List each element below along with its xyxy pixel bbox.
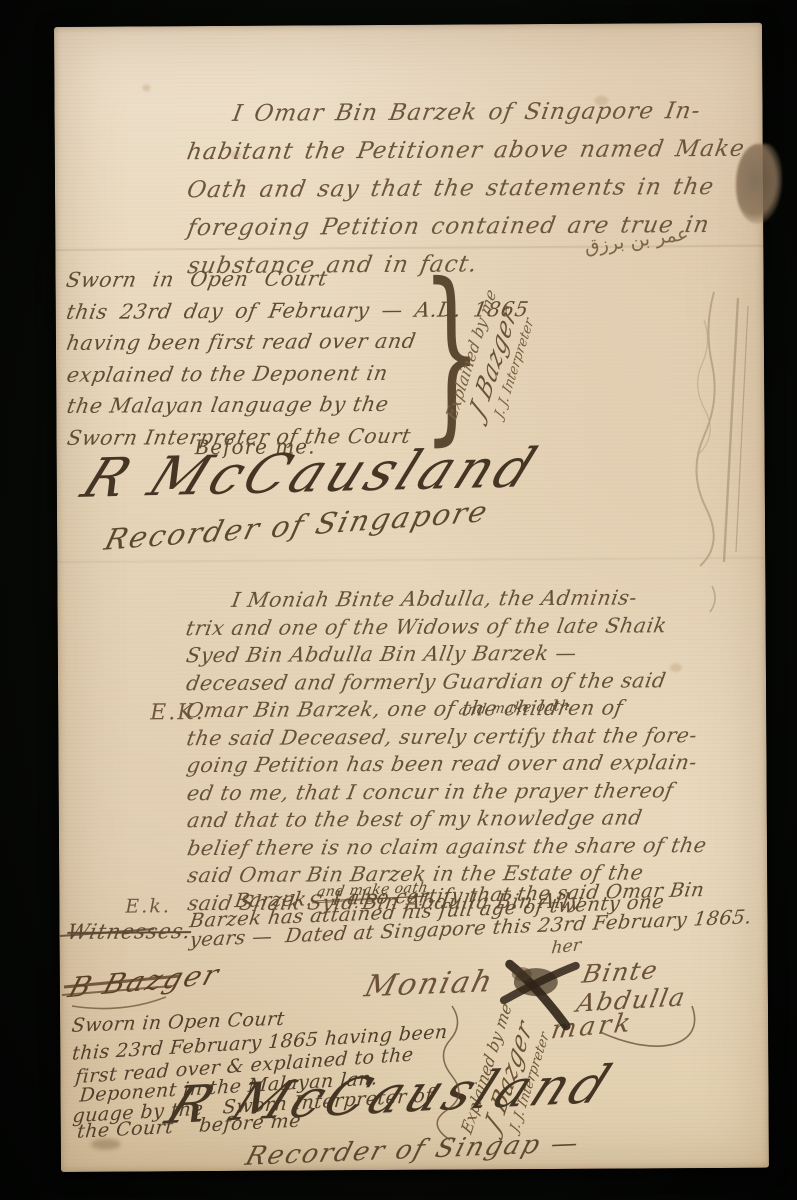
- oath-line: I Omar Bin Barzek of Singapore In-: [184, 92, 748, 133]
- affidavit-line: deceased and formerly Guardian of the sa…: [184, 667, 708, 698]
- affidavit-line: trix and one of the Widows of the late S…: [184, 612, 708, 643]
- affidavit-line: and that to the best of my knowledge and: [185, 804, 709, 835]
- affidavit-line: belief there is no claim against the sha…: [185, 832, 709, 863]
- fold-crease: [57, 557, 765, 563]
- affidavit-paragraph: I Moniah Binte Abdulla, the Adminis- tri…: [183, 584, 704, 917]
- foxing-spot: [142, 84, 150, 91]
- photo-background: { "photo": { "background_color": "#07090…: [0, 0, 797, 1200]
- affidavit-line: going Petition has been read over and ex…: [185, 749, 709, 780]
- affidavit-line: Syed Bin Abdulla Bin Ally Barzek —: [184, 639, 708, 670]
- oath-line: habitant the Petitioner above named Make: [184, 130, 748, 171]
- document-page: I Omar Bin Barzek of Singapore In- habit…: [54, 23, 769, 1172]
- struck-signature: B Bazger: [64, 958, 224, 1005]
- affidavit-line: ed to me, that I concur in the prayer th…: [185, 777, 709, 808]
- witnesses-label-struck: Witnesses.: [65, 919, 194, 944]
- affidavit-line: the said Deceased, surely certify that t…: [184, 722, 708, 753]
- affidavit-line: Omar Bin Barzek, one of the children of: [184, 694, 708, 725]
- deponent-name: Moniah: [361, 964, 498, 1004]
- affidavit-line: I Moniah Binte Abdulla, the Adminis-: [184, 584, 708, 615]
- affidavit-closing: Barzek. I also certify that the said Oma…: [188, 889, 747, 949]
- margin-initials: E.k.: [125, 895, 171, 917]
- oath-line: Oath and say that the statements in the: [184, 168, 748, 209]
- deponent-surname: Binte Abdulla: [574, 949, 774, 1018]
